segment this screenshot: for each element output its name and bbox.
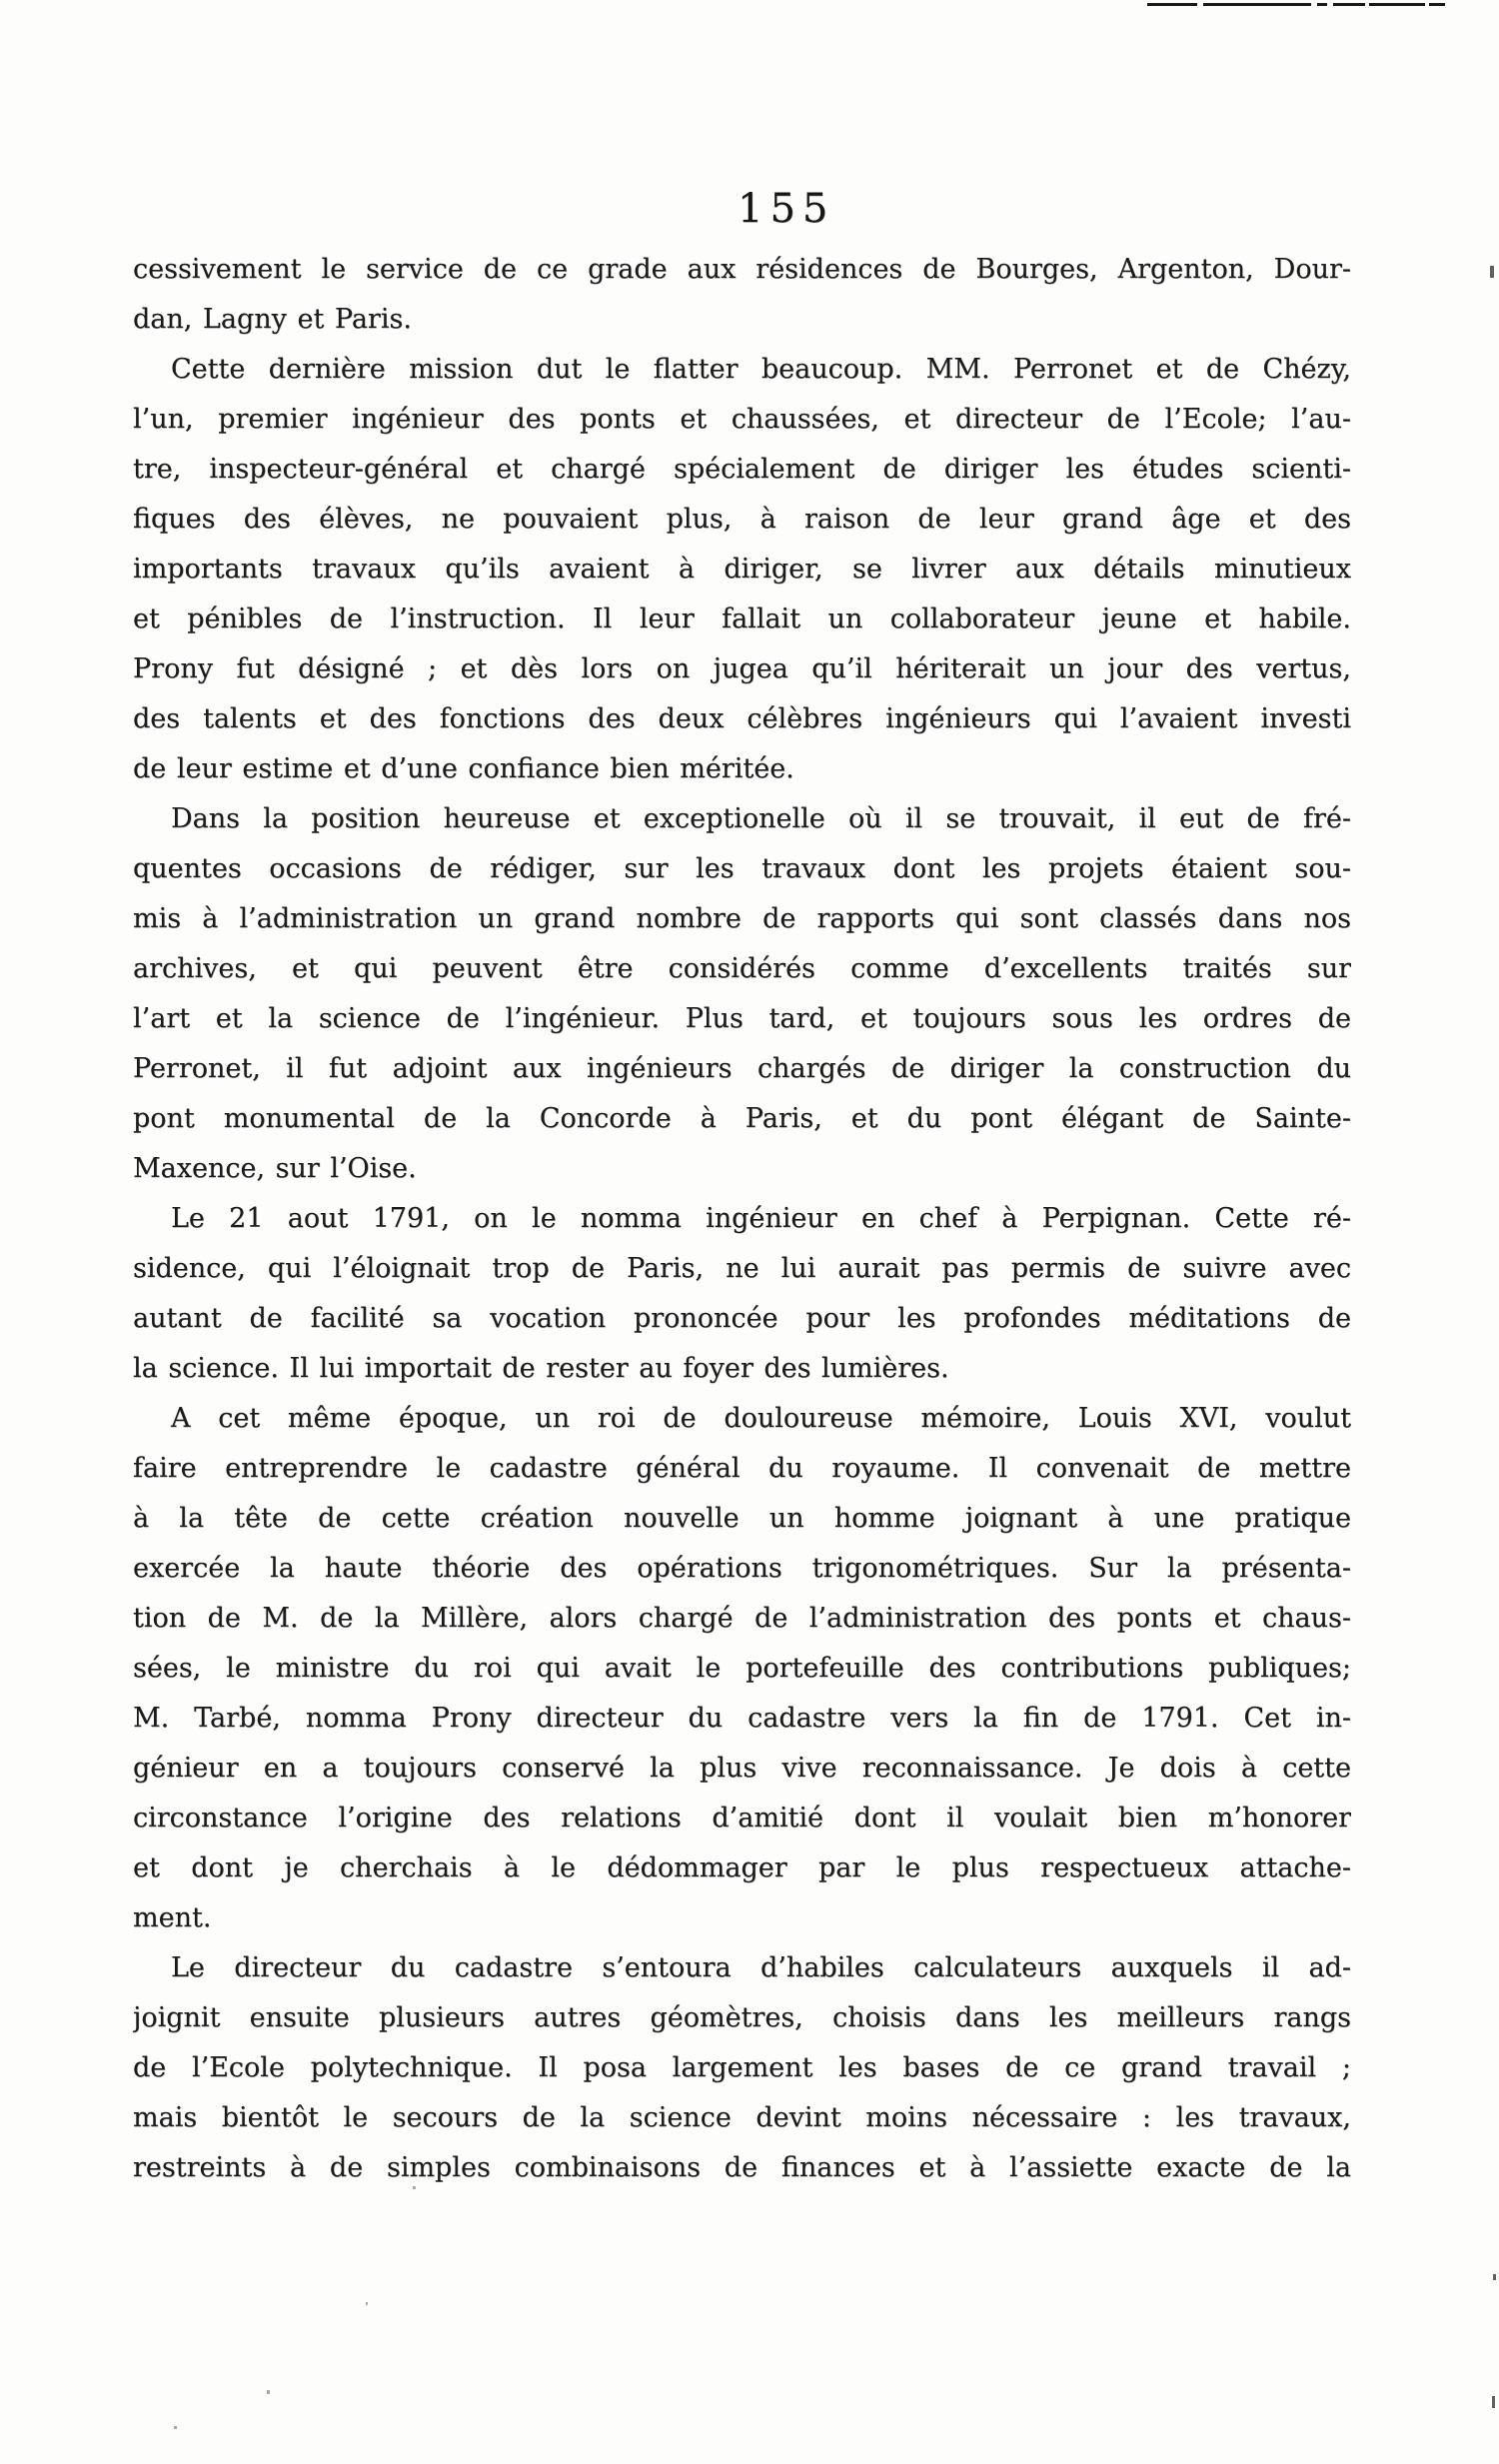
text-line: de leur estime et d’une confiance bien m…	[133, 744, 1351, 794]
scan-speck	[366, 2302, 368, 2305]
text-line: joignit ensuite plusieurs autres géomètr…	[133, 1993, 1351, 2043]
dash-segment	[1203, 3, 1311, 6]
dash-segment	[1333, 3, 1365, 6]
text-line: restreints à de simples combinaisons de …	[133, 2143, 1351, 2193]
scan-speck	[1490, 266, 1494, 278]
text-line: fiques des élèves, ne pouvaient plus, à …	[133, 495, 1351, 545]
text-line: quentes occasions de rédiger, sur les tr…	[133, 844, 1351, 894]
text-line: Perronet, il fut adjoint aux ingénieurs …	[133, 1044, 1351, 1094]
text-line: et pénibles de l’instruction. Il leur fa…	[133, 595, 1351, 644]
text-line: ment.	[133, 1893, 1351, 1943]
text-line: et dont je cherchais à le dédommager par…	[133, 1844, 1351, 1893]
text-line: A cet même époque, un roi de douloureuse…	[133, 1394, 1351, 1444]
text-line: M. Tarbé, nomma Prony directeur du cadas…	[133, 1694, 1351, 1744]
scan-speck	[174, 2426, 177, 2429]
scanned-book-page: 155 cessivement le service de ce grade a…	[0, 0, 1499, 2464]
text-line: exercée la haute théorie des opérations …	[133, 1544, 1351, 1594]
text-line: pont monumental de la Concorde à Paris, …	[133, 1094, 1351, 1144]
text-line: Cette dernière mission dut le flatter be…	[133, 345, 1351, 395]
text-line: Dans la position heureuse et exceptionel…	[133, 794, 1351, 844]
page-text-block: cessivement le service de ce grade aux r…	[133, 245, 1351, 2193]
scan-speck	[1493, 2274, 1496, 2280]
text-line: l’un, premier ingénieur des ponts et cha…	[133, 395, 1351, 445]
text-line: archives, et qui peuvent être considérés…	[133, 944, 1351, 994]
dash-segment	[1369, 3, 1425, 6]
scan-speck	[1492, 2396, 1495, 2408]
text-line: de l’Ecole polytechnique. Il posa largem…	[133, 2043, 1351, 2093]
scan-artifact-dashes	[1147, 2, 1447, 8]
text-line: faire entreprendre le cadastre général d…	[133, 1444, 1351, 1494]
text-line: Maxence, sur l’Oise.	[133, 1144, 1351, 1194]
scan-speck	[267, 2390, 270, 2394]
text-line: importants travaux qu’ils avaient à diri…	[133, 545, 1351, 595]
text-line: circonstance l’origine des relations d’a…	[133, 1794, 1351, 1844]
text-line: tion de M. de la Millère, alors chargé d…	[133, 1594, 1351, 1644]
text-line: Le 21 aout 1791, on le nomma ingénieur e…	[133, 1194, 1351, 1244]
text-line: des talents et des fonctions des deux cé…	[133, 694, 1351, 744]
text-line: mais bientôt le secours de la science de…	[133, 2093, 1351, 2143]
text-line: Le directeur du cadastre s’entoura d’hab…	[133, 1943, 1351, 1993]
text-line: mis à l’administration un grand nombre d…	[133, 894, 1351, 944]
text-line: tre, inspecteur-général et chargé spécia…	[133, 445, 1351, 495]
text-line: à la tête de cette création nouvelle un …	[133, 1494, 1351, 1544]
text-line: sées, le ministre du roi qui avait le po…	[133, 1644, 1351, 1694]
text-line: la science. Il lui importait de rester a…	[133, 1344, 1351, 1394]
text-line: autant de facilité sa vocation prononcée…	[133, 1294, 1351, 1344]
text-line: Prony fut désigné ; et dès lors on jugea…	[133, 644, 1351, 694]
text-line: sidence, qui l’éloignait trop de Paris, …	[133, 1244, 1351, 1294]
text-line: cessivement le service de ce grade aux r…	[133, 245, 1351, 295]
text-line: dan, Lagny et Paris.	[133, 295, 1351, 345]
page-number: 155	[738, 186, 834, 232]
scan-speck	[413, 2186, 416, 2189]
dash-segment	[1429, 3, 1445, 6]
text-line: l’art et la science de l’ingénieur. Plus…	[133, 994, 1351, 1044]
dash-segment	[1147, 3, 1197, 6]
text-line: génieur en a toujours conservé la plus v…	[133, 1744, 1351, 1794]
dash-segment	[1317, 3, 1327, 6]
